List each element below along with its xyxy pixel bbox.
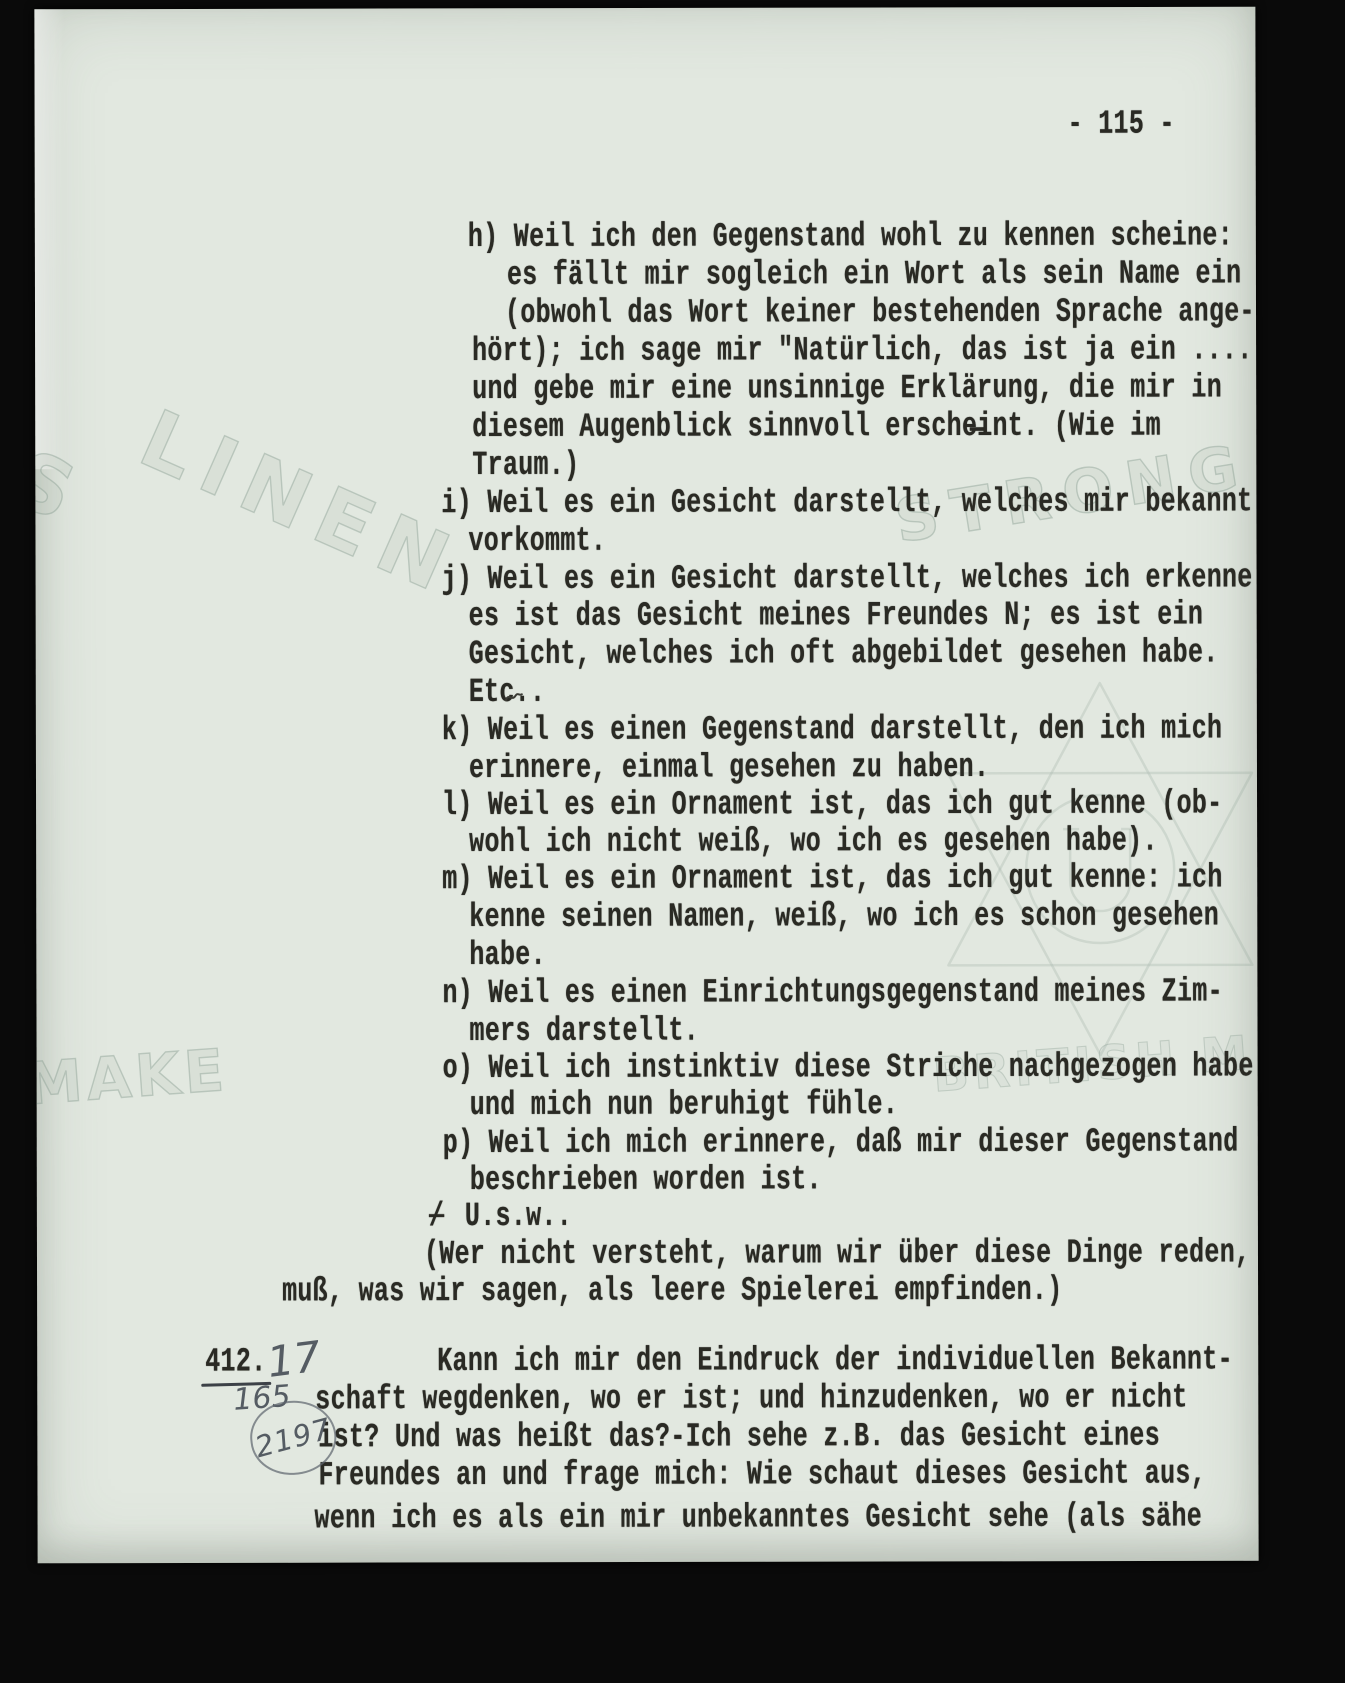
watermark-make-text: MAKE bbox=[34, 1036, 230, 1118]
typed-line: Traum.) bbox=[472, 448, 579, 482]
watermark-linen-text: LINEN bbox=[127, 392, 475, 614]
circled-number-text: 2197 bbox=[251, 1411, 335, 1464]
typed-line: beschrieben worden ist. bbox=[470, 1163, 822, 1197]
typed-line: o) Weil ich instinktiv diese Striche nac… bbox=[443, 1050, 1254, 1085]
typed-text-layer: - 115 -h) Weil ich den Gegenstand wohl z… bbox=[34, 7, 1255, 10]
typed-line: ist? Und was heißt das?-Ich sehe z.B. da… bbox=[318, 1419, 1160, 1455]
typed-line: 412. bbox=[205, 1345, 266, 1379]
typed-line: wenn ich es als ein mir unbekanntes Gesi… bbox=[315, 1500, 1203, 1536]
typed-line: (obwohl das Wort keiner bestehenden Spra… bbox=[505, 295, 1255, 330]
typed-line: / bbox=[429, 1199, 444, 1233]
typed-line: h) Weil ich den Gegenstand wohl zu kenne… bbox=[468, 219, 1233, 254]
typed-line: mers darstellt. bbox=[469, 1014, 699, 1048]
typed-line: (Wer nicht versteht, warum wir über dies… bbox=[424, 1236, 1250, 1271]
typed-line: - 115 - bbox=[1068, 107, 1175, 141]
typed-line: erinnere, einmal gesehen zu haben. bbox=[469, 750, 989, 785]
typed-line: es ist das Gesicht meines Freundes N; es… bbox=[469, 598, 1204, 633]
typed-line: Kann ich mir den Eindruck der individuel… bbox=[437, 1343, 1233, 1378]
insertion-mark-icon bbox=[504, 690, 524, 704]
watermark-left-partial-letter: S bbox=[34, 434, 87, 539]
typed-line: kenne seinen Namen, weiß, wo ich es scho… bbox=[469, 899, 1219, 934]
typed-line: es fällt mir sogleich ein Wort als sein … bbox=[507, 257, 1242, 292]
typed-line: habe. bbox=[469, 938, 546, 972]
typed-line: hört); ich sage mir "Natürlich, das ist … bbox=[472, 333, 1259, 368]
handwritten-number-17: 17 bbox=[264, 1332, 323, 1387]
typed-line: U.s.w.. bbox=[465, 1199, 572, 1233]
typed-line: j) Weil es ein Gesicht darstellt, welche… bbox=[442, 561, 1259, 596]
typed-line: vorkommt. bbox=[468, 524, 606, 558]
typed-line: i) Weil es ein Gesicht darstellt, welche… bbox=[441, 485, 1252, 520]
typed-line: p) Weil ich mich erinnere, daß mir diese… bbox=[443, 1125, 1239, 1160]
typed-line: Freundes an und frage mich: Wie schaut d… bbox=[318, 1457, 1206, 1493]
typed-line: k) Weil es einen Gegenstand darstellt, d… bbox=[442, 712, 1223, 747]
typed-line: und gebe mir eine unsinnige Erklärung, d… bbox=[472, 371, 1222, 406]
typed-line: wohl ich nicht weiß, wo ich es gesehen h… bbox=[469, 824, 1158, 859]
paper-page: S LINEN STRONG MAKE BRITISH M - 115 -h) … bbox=[34, 7, 1258, 1564]
typed-line: m) Weil es ein Ornament ist, das ich gut… bbox=[442, 861, 1223, 896]
typed-line: muß, was wir sagen, als leere Spielerei … bbox=[282, 1273, 1063, 1308]
typed-line: l) Weil es ein Ornament ist, das ich gut… bbox=[442, 787, 1223, 822]
typed-line: n) Weil es einen Einrichtungsgegenstand … bbox=[442, 975, 1223, 1010]
paper-crease bbox=[34, 9, 65, 469]
typed-line: schaft wegdenken, wo er ist; und hinzude… bbox=[315, 1381, 1187, 1417]
typed-line: und mich nun beruhigt fühle. bbox=[470, 1087, 899, 1122]
typed-line: diesem Augenblick sinnvoll ersche̶int. (… bbox=[472, 409, 1161, 444]
typed-line: Gesicht, welches ich oft abgebildet gese… bbox=[469, 636, 1219, 671]
scan-background: S LINEN STRONG MAKE BRITISH M - 115 -h) … bbox=[0, 0, 1345, 1683]
